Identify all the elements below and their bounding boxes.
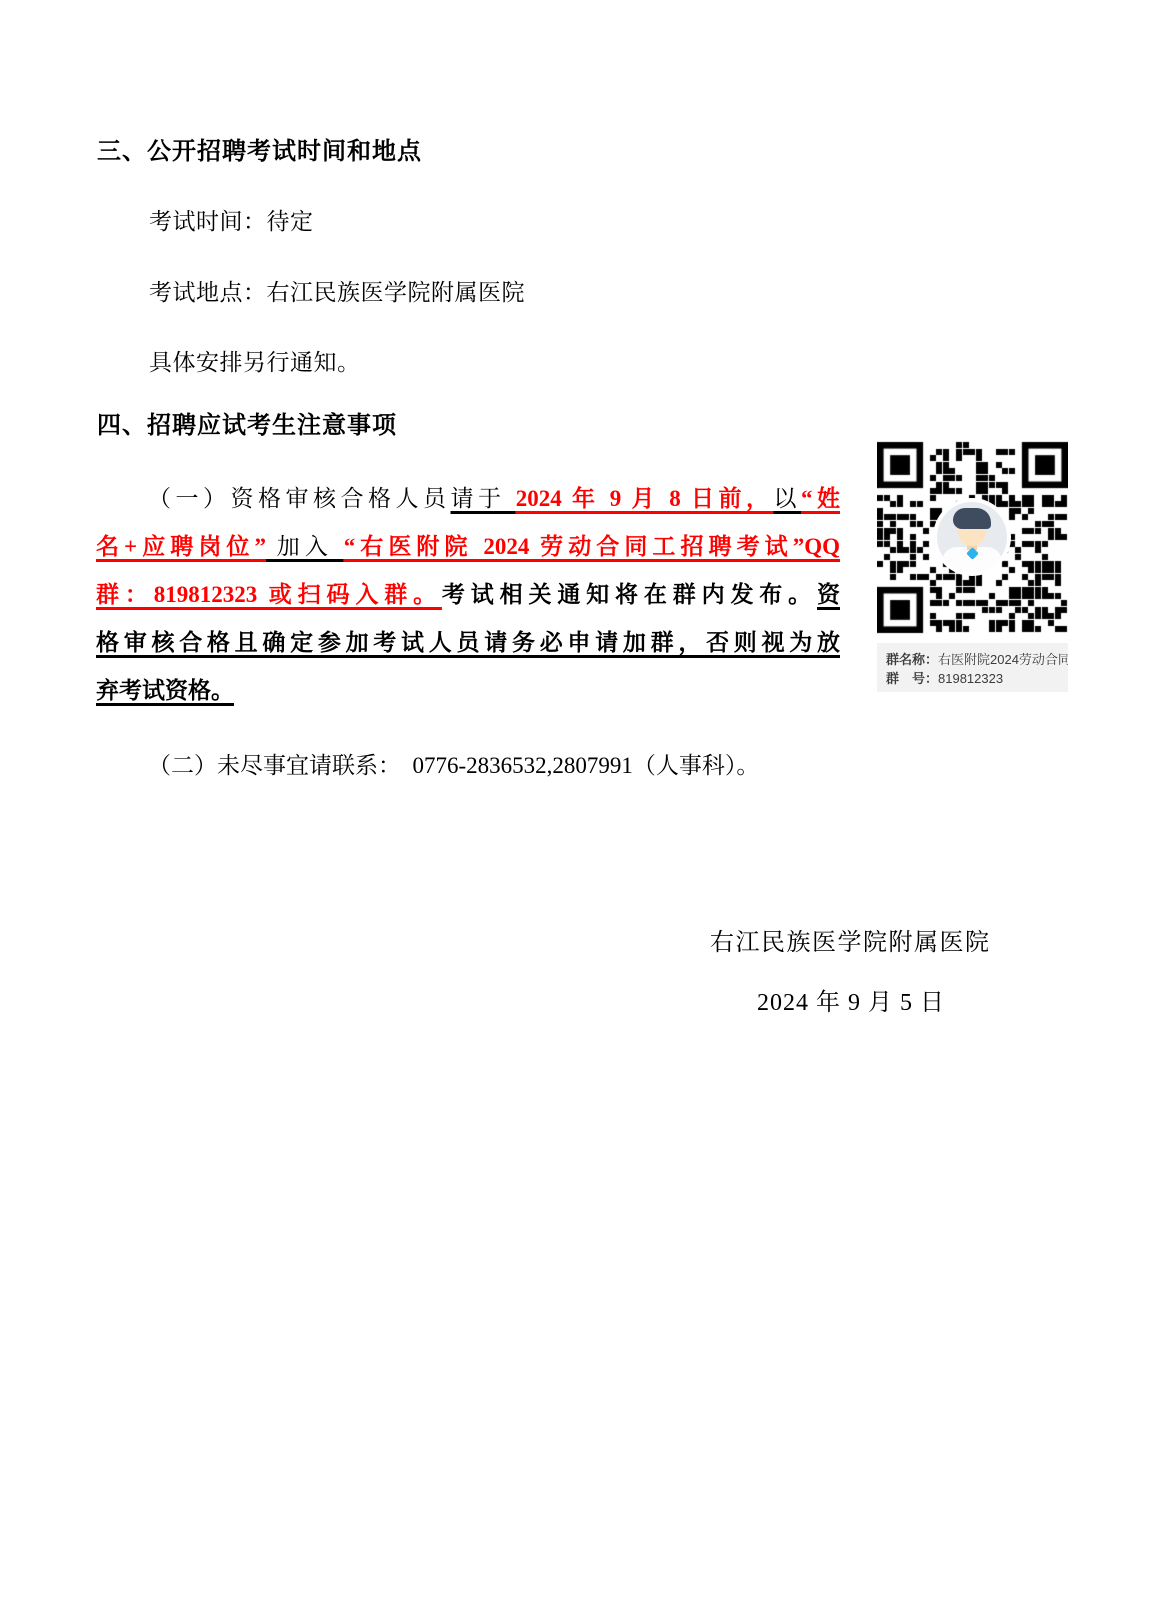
section-4-heading: 四、招聘应试考生注意事项 — [97, 414, 397, 438]
signature-organization: 右江民族医学院附属医院 — [710, 931, 991, 955]
text-segment: 群：819812323 或扫码入群。 — [96, 582, 442, 607]
text-segment: “姓 — [801, 486, 840, 511]
signature-date: 2024 年 9 月 5 日 — [757, 991, 945, 1015]
qr-group-number-row: 群 号：819812323 — [886, 669, 1068, 688]
text-segment: “右医附院 2024 劳动合同工招聘考试”QQ — [344, 534, 840, 559]
text-line: 格审核合格且确定参加考试人员请务必申请加群，否则视为放 — [96, 619, 840, 667]
qr-group-name-label: 群名称： — [886, 652, 938, 667]
text-segment: 名+应聘岗位” — [96, 534, 266, 559]
qr-caption: 群名称：右医附院2024劳动合同工招聘考试 群 号：819812323 — [877, 643, 1068, 692]
qr-group-number-label: 群 号： — [886, 671, 938, 686]
exam-time-line: 考试时间：待定 — [149, 210, 314, 233]
text-segment: 请于 — [451, 486, 516, 511]
qr-group-name-value: 右医附院2024劳动合同工招聘考试 — [938, 652, 1068, 667]
section-3-heading: 三、公开招聘考试时间和地点 — [97, 140, 422, 164]
text-segment: 资 — [817, 582, 840, 607]
text-line: 名+应聘岗位” 加入 “右医附院 2024 劳动合同工招聘考试”QQ — [96, 523, 840, 571]
text-segment: 加入 — [266, 534, 344, 559]
text-segment: 考试相关通知将在群内发布。 — [442, 582, 817, 607]
document-page: { "colors": { "red": "#ff0000", "caption… — [0, 0, 1150, 1614]
text-segment: 弃考试资格。 — [96, 678, 234, 703]
avatar-hair — [953, 508, 991, 529]
notice-paragraph-2: （二）未尽事宜请联系： 0776-2836532,2807991（人事科）。 — [96, 742, 1056, 790]
text-segment: 格审核合格且确定参加考试人员请务必申请加群，否则视为放 — [96, 630, 840, 655]
text-segment: （一）资格审核合格人员 — [148, 486, 451, 511]
exam-note-line: 具体安排另行通知。 — [149, 351, 361, 374]
text-segment: ， — [746, 486, 774, 511]
text-line: 弃考试资格。 — [96, 667, 840, 715]
person-avatar-icon — [937, 502, 1007, 572]
notice-paragraph-1: （一）资格审核合格人员请于 2024 年 9 月 8 日前，以“姓名+应聘岗位”… — [96, 475, 840, 715]
text-segment: 2024 年 9 月 8 日前 — [516, 486, 746, 511]
text-line: 群：819812323 或扫码入群。考试相关通知将在群内发布。资 — [96, 571, 840, 619]
text-line: （一）资格审核合格人员请于 2024 年 9 月 8 日前，以“姓 — [96, 475, 840, 523]
exam-place-line: 考试地点：右江民族医学院附属医院 — [149, 281, 525, 304]
qr-group-number-value: 819812323 — [938, 671, 1003, 686]
qq-group-qr-block: 群名称：右医附院2024劳动合同工招聘考试 群 号：819812323 — [877, 440, 1068, 692]
text-segment: 以 — [774, 486, 802, 511]
qr-group-name-row: 群名称：右医附院2024劳动合同工招聘考试 — [886, 650, 1068, 669]
